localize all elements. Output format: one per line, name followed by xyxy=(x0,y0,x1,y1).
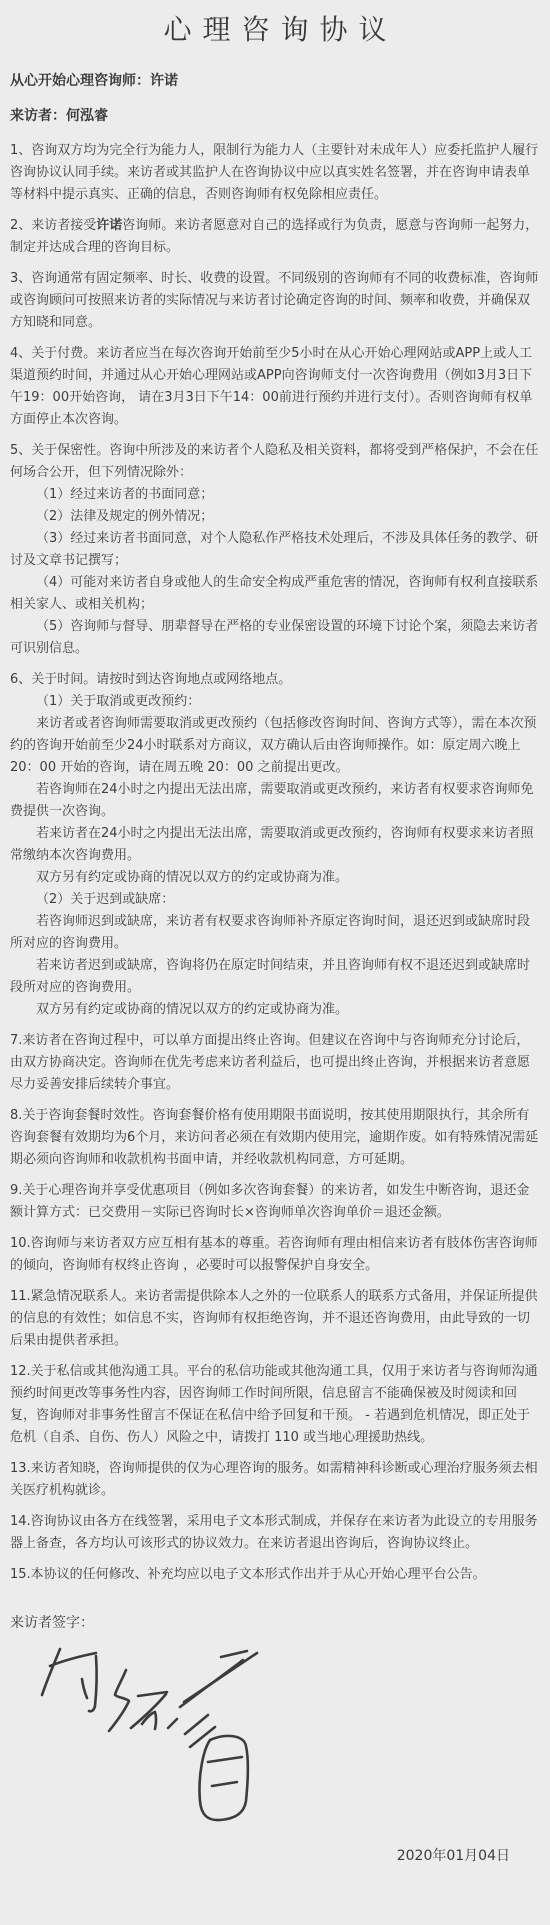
clause-2-counselor-name: 许诺 xyxy=(96,218,122,233)
clause-5: 5、关于保密性。咨询中所涉及的来访者个人隐私及相关资料，都将受到严格保护，不会在… xyxy=(10,440,540,484)
signature-stroke xyxy=(142,1712,156,1729)
visitor-line: 来访者：何泓睿 xyxy=(10,105,540,125)
signature-stroke xyxy=(138,1692,167,1696)
signature-stroke xyxy=(180,1660,243,1707)
signature-stroke xyxy=(190,1727,215,1747)
signature-stroke xyxy=(109,1670,129,1731)
clause-12: 12.关于私信或其他沟通工具。平台的私信功能或其他沟通工具，仅用于来访者与咨询师… xyxy=(10,1361,540,1449)
clause-6-item-9: 双方另有约定或协商的情况以双方的约定或协商为准。 xyxy=(10,999,540,1021)
counselor-line: 从心开始心理咨询师：许诺 xyxy=(10,70,540,90)
clause-5-item-3: （3）经过来访者书面同意，对个人隐私作严格技术处理后，不涉及具体任务的教学、研讨… xyxy=(10,528,540,572)
clause-6-item-5: 双方另有约定或协商的情况以双方的约定或协商为准。 xyxy=(10,867,540,889)
clause-8: 8.关于咨询套餐时效性。咨询套餐价格有使用期限书面说明，按其使用期限执行，其余所… xyxy=(10,1105,540,1171)
agreement-document: 心理咨询协议 从心开始心理咨询师：许诺 来访者：何泓睿 1、咨询双方均为完全行为… xyxy=(0,8,550,1925)
clause-6-item-3: 若咨询师在24小时之内提出无法出席，需要取消或更改预约，来访者有权要求咨询师免费… xyxy=(10,779,540,823)
signature-stroke xyxy=(89,1656,97,1711)
clause-6: 6、关于时间。请按时到达咨询地点或网络地点。 xyxy=(10,669,540,691)
signature-stroke xyxy=(82,1679,87,1698)
clause-10: 10.咨询师与来访者双方应互相有基本的尊重。若咨询师有理由相信来访者有肢体伤害咨… xyxy=(10,1233,540,1277)
signature-stroke xyxy=(131,1694,166,1728)
signature-stroke xyxy=(185,1715,208,1734)
signature-stroke xyxy=(168,1719,177,1728)
clause-5-item-2: （2）法律及规定的例外情况； xyxy=(10,506,540,528)
clause-15: 15.本协议的任何修改、补充均应以电子文本形式作出并于从心开始心理平台公告。 xyxy=(10,1564,540,1586)
signature-stroke xyxy=(42,1649,60,1695)
signature-stroke xyxy=(212,1782,237,1786)
page-title: 心理咨询协议 xyxy=(10,8,540,48)
clause-2-prefix: 2、来访者接受 xyxy=(10,218,96,233)
clause-6-item-7: 若咨询师迟到或缺席，来访者有权要求咨询师补齐原定咨询时间，退还迟到或缺席时段所对… xyxy=(10,911,540,955)
visitor-signature-drawing xyxy=(38,1640,308,1835)
clause-7: 7.来访者在咨询过程中，可以单方面提出终止咨询。但建议在咨询中与咨询师充分讨论后… xyxy=(10,1030,540,1096)
visitor-signature xyxy=(38,1640,540,1835)
clause-9: 9.关于心理咨询并享受优惠项目（例如多次咨询套餐）的来访者，如发生中断咨询，退还… xyxy=(10,1180,540,1224)
clause-13: 13.来访者知晓，咨询师提供的仅为心理咨询的服务。如需精神科诊断或心理治疗服务须… xyxy=(10,1458,540,1502)
clause-5-item-5: （5）咨询师与督导、朋辈督导在严格的专业保密设置的环境下讨论个案，须隐去来访者可… xyxy=(10,616,540,660)
signature-label: 来访者签字： xyxy=(10,1612,540,1632)
clause-3: 3、咨询通常有固定频率、时长、收费的设置。不同级别的咨询师有不同的收费标准，咨询… xyxy=(10,268,540,334)
clause-1: 1、咨询双方均为完全行为能力人，限制行为能力人（主要针对未成年人）应委托监护人履… xyxy=(10,140,540,206)
clause-14: 14.咨询协议由各方在线签署，采用电子文本形式制成，并保存在来访者为此设立的专用… xyxy=(10,1511,540,1555)
clause-6-item-8: 若来访者迟到或缺席，咨询将仍在原定时间结束，并且咨询师有权不退还迟到或缺席时段所… xyxy=(10,955,540,999)
clause-11: 11.紧急情况联系人。来访者需提供除本人之外的一位联系人的联系方式备用，并保证所… xyxy=(10,1286,540,1352)
clause-6-item-4: 若来访者在24小时之内提出无法出席，需要取消或更改预约，咨询师有权要求来访者照常… xyxy=(10,823,540,867)
clause-2: 2、来访者接受许诺咨询师。来访者愿意对自己的选择或行为负责，愿意与咨询师一起努力… xyxy=(10,215,540,259)
clause-5-item-1: （1）经过来访者的书面同意； xyxy=(10,484,540,506)
signature-stroke xyxy=(221,1651,247,1657)
clause-4: 4、关于付费。来访者应当在每次咨询开始前至少5小时在从心开始心理网站或APP上或… xyxy=(10,343,540,431)
signature-stroke xyxy=(208,1757,242,1762)
clause-6-item-2: 来访者或者咨询师需要取消或更改预约（包括修改咨询时间、咨询方式等），需在本次预约… xyxy=(10,713,540,779)
clause-5-item-4: （4）可能对来访者自身或他人的生命安全构成严重危害的情况，咨询师有权利直接联系相… xyxy=(10,572,540,616)
clause-6-item-6: （2）关于迟到或缺席： xyxy=(10,889,540,911)
signature-stroke xyxy=(199,1736,247,1820)
clause-6-item-1: （1）关于取消或更改预约： xyxy=(10,691,540,713)
signature-date: 2020年01月04日 xyxy=(10,1845,540,1865)
